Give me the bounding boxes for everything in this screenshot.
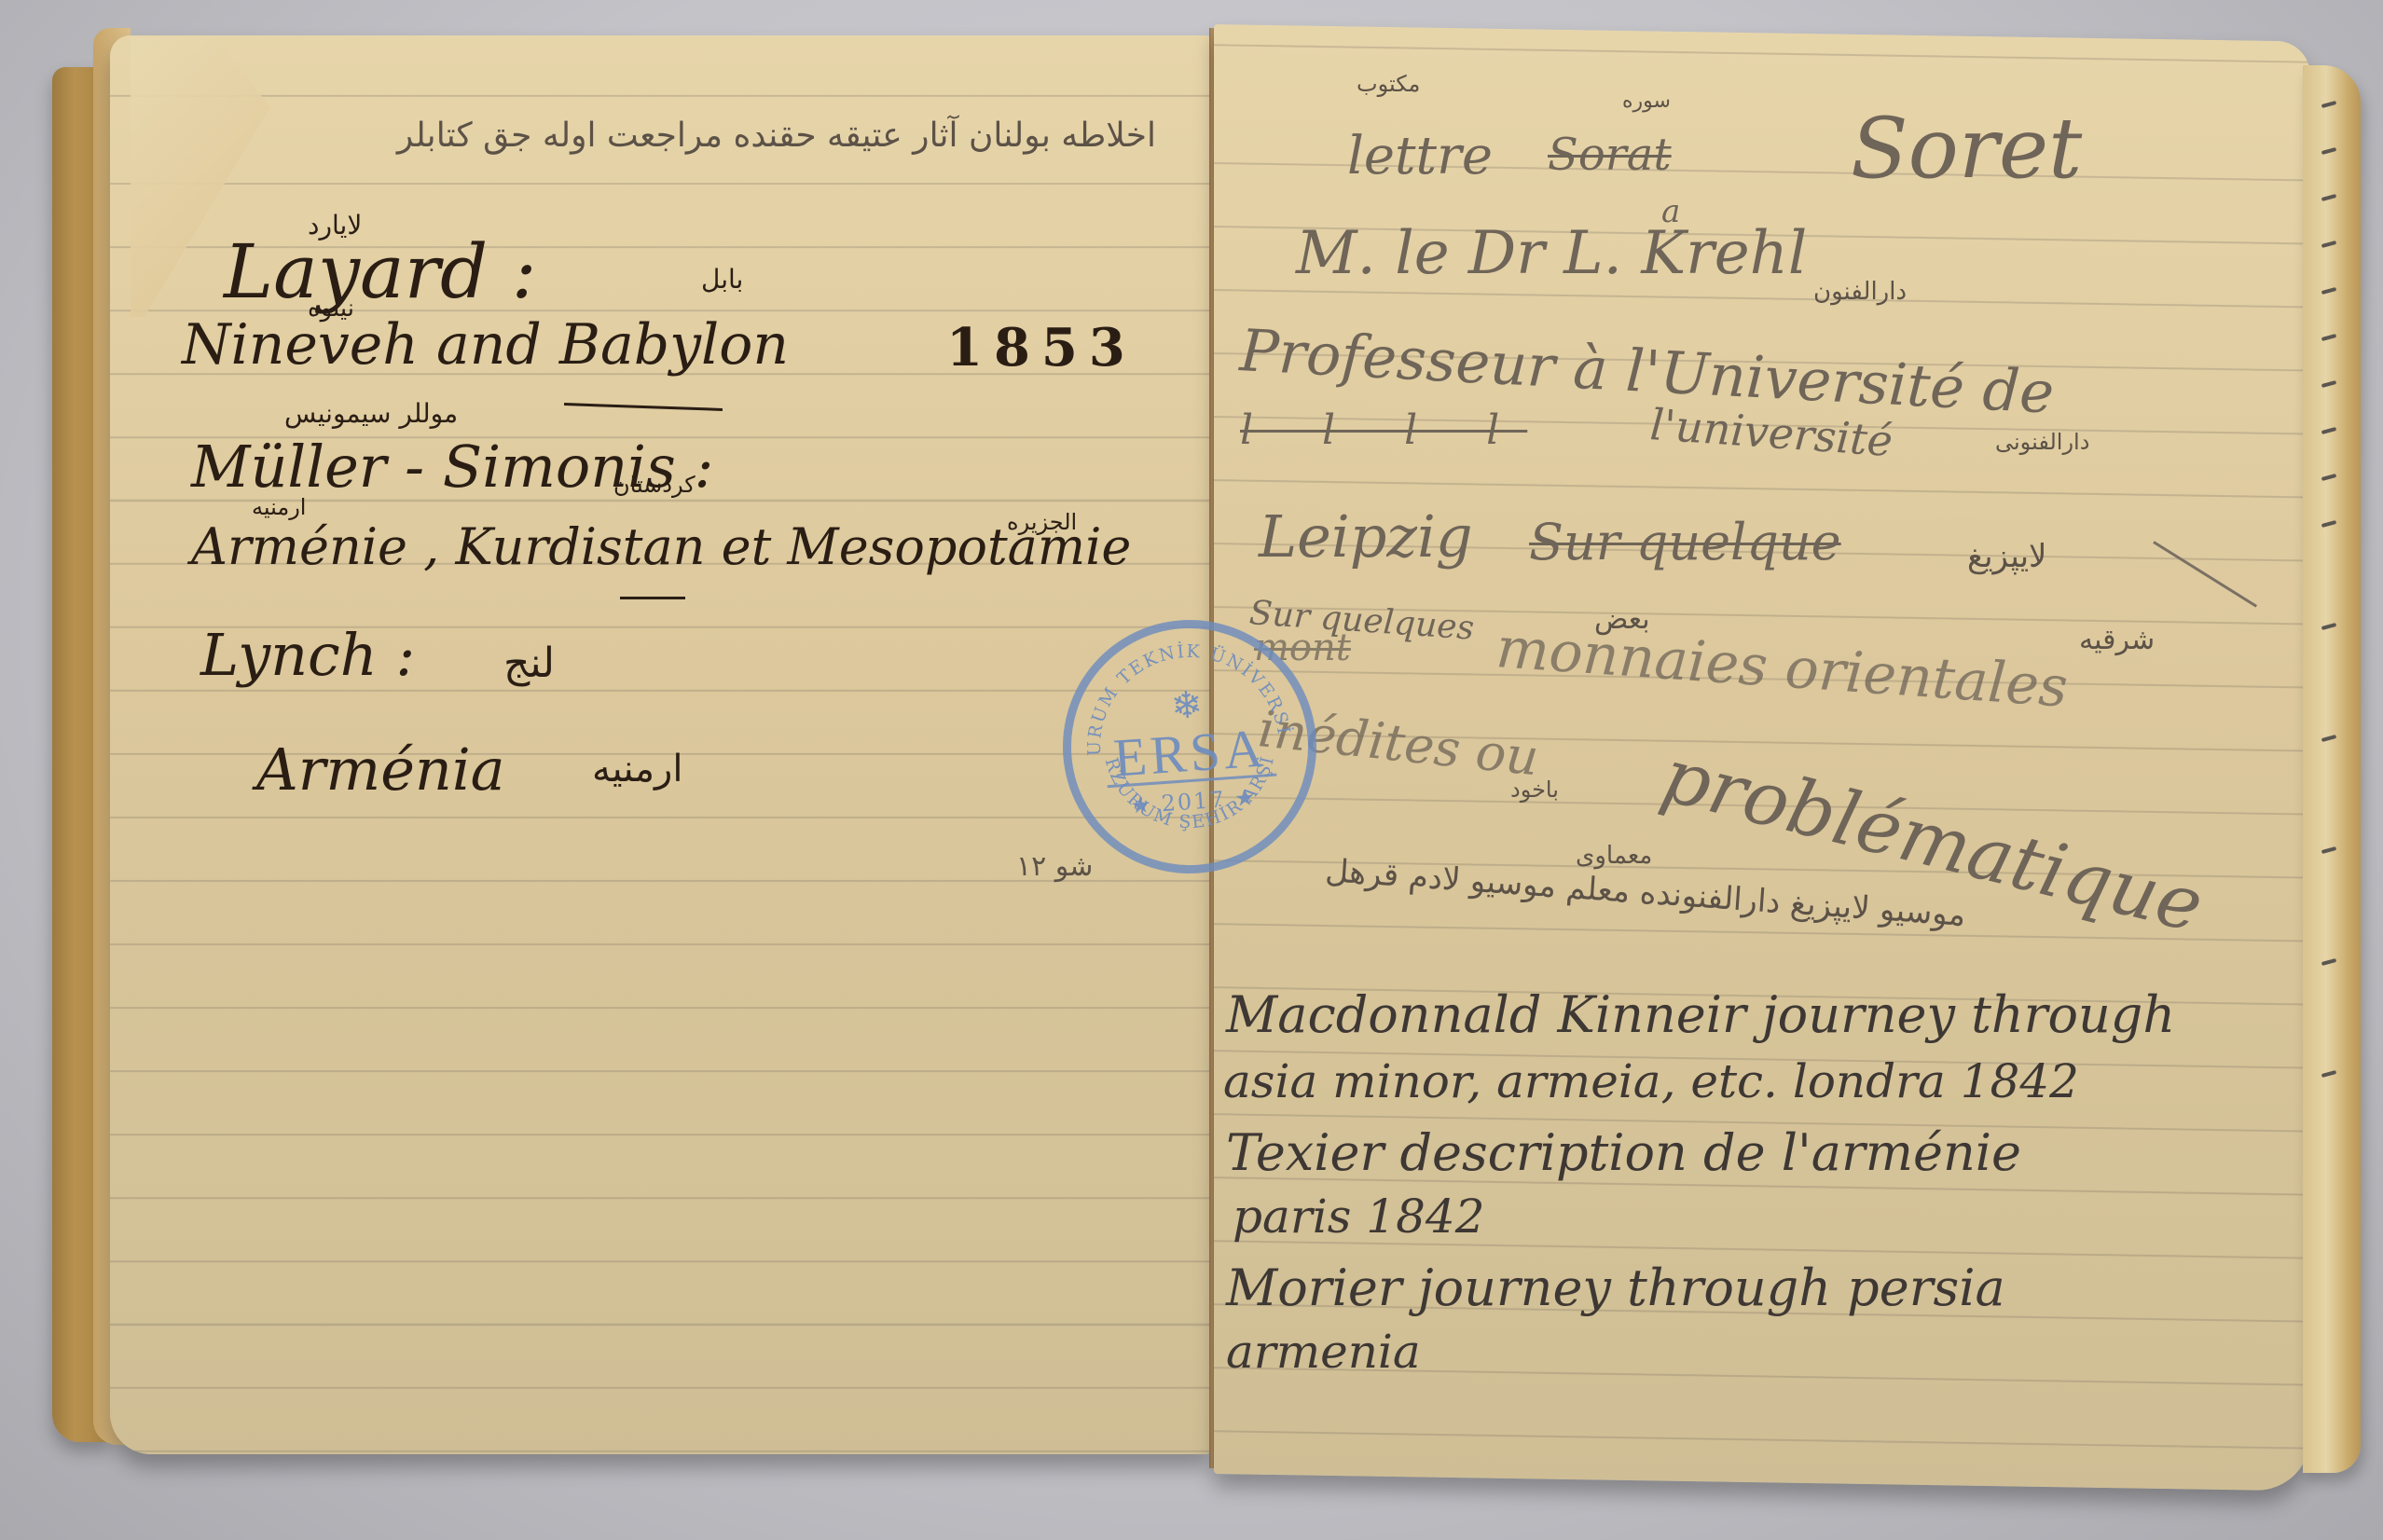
entry-author-lynch: Lynch :: [200, 626, 415, 684]
entry-author-layard: Layard :: [224, 235, 537, 309]
left-page-ottoman-heading: اخلاطه بولنان آثار عتیقه حقنده مراجعت او…: [233, 119, 1156, 153]
armenie-ottoman-gloss: ارمنیه: [252, 496, 306, 518]
orientales-ottoman-gloss: شرقیه: [2079, 626, 2155, 654]
bibliography-line-6: armenia: [1226, 1328, 1421, 1375]
bibliography-line-3: Texier description de l'arménie: [1226, 1128, 2021, 1178]
right-line-struck-llll: l l l l: [1240, 410, 1527, 451]
bibliography-line-5: Morier journey through persia: [1226, 1263, 2005, 1313]
entry-title-armenie-kurdistan: Arménie , Kurdistan et Mesopotamie: [191, 522, 1131, 572]
right-line-lettre: lettre: [1347, 131, 1493, 183]
notebook-photo: اخلاطه بولنان آثار عتیقه حقنده مراجعت او…: [0, 0, 2383, 1540]
right-line-struck-sur-quelque: Sur quelque: [1529, 517, 1841, 568]
kurdistan-ottoman-gloss: کردستان: [613, 474, 696, 496]
bibliography-line-4: paris 1842: [1233, 1193, 1485, 1240]
index-tab-marks: [2321, 103, 2349, 1314]
entry-year-1853: 1853: [946, 322, 1136, 374]
armenia-ottoman-gloss: ارمنیه: [592, 750, 682, 788]
archive-stamp: ERZURUM TEKNİK ÜNİVERSİTESİ ERZURUM ŞEHİ…: [1054, 612, 1325, 882]
lynch-ottoman-gloss: لنج: [503, 643, 555, 684]
right-line-struck-sorat: Sorat: [1548, 132, 1672, 177]
muller-simonis-ottoman-gloss: موللر سیمونیس: [284, 401, 458, 427]
right-line-leipzig: Leipzig: [1259, 508, 1473, 566]
babylon-ottoman-gloss: بابل: [701, 267, 743, 293]
leipzig-ottoman-gloss: لایپزیغ: [1967, 541, 2046, 572]
krehl-ottoman-gloss: دارالفنون: [1813, 280, 1907, 304]
bibliography-line-2: asia minor, armeia, etc. londra 1842: [1223, 1058, 2079, 1105]
right-line-soret: Soret: [1851, 107, 2082, 191]
lettre-ottoman-gloss: مکتوب: [1357, 73, 1420, 95]
entry-title-armenia: Arménia: [256, 741, 505, 799]
ou-ottoman-gloss: باخود: [1510, 778, 1559, 801]
bibliography-line-1: Macdonnald Kinneir journey through: [1226, 990, 2175, 1040]
right-line-recipient: M. le Dr L. Krehl: [1296, 224, 1807, 283]
universite-ottoman-gloss: دارالفنونی: [1995, 431, 2089, 453]
problematique-ottoman-gloss: معماوی: [1576, 844, 1652, 868]
entry-title-nineveh-babylon: Nineveh and Babylon: [182, 317, 789, 373]
dash-stroke: [620, 597, 685, 599]
soret-ottoman-gloss: سوره: [1622, 91, 1671, 112]
